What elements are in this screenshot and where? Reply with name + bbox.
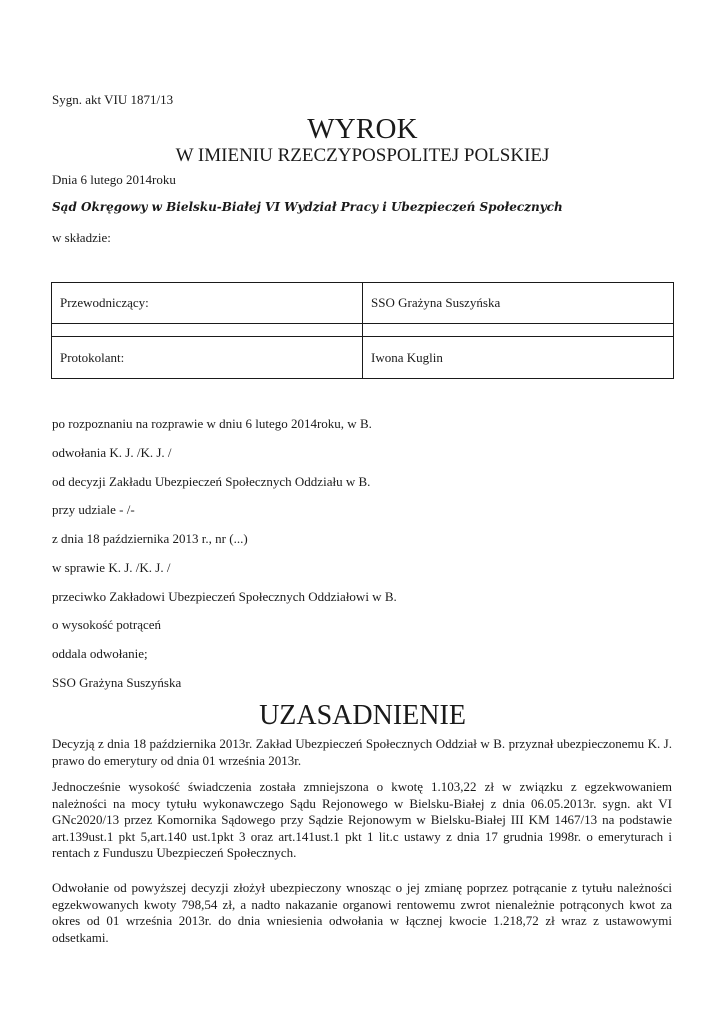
verdict-line: z dnia 18 października 2013 r., nr (...)	[52, 531, 248, 547]
justification-paragraph: Jednocześnie wysokość świadczenia został…	[52, 779, 672, 862]
name-cell: SSO Grażyna Suszyńska	[363, 283, 674, 324]
verdict-line: odwołania K. J. /K. J. /	[52, 445, 172, 461]
justification-paragraph: Decyzją z dnia 18 października 2013r. Za…	[52, 736, 672, 769]
name-cell: Iwona Kuglin	[363, 337, 674, 379]
verdict-line: przy udziale - /-	[52, 502, 135, 518]
verdict-line: przeciwko Zakładowi Ubezpieczeń Społeczn…	[52, 589, 397, 605]
case-number: Sygn. akt VIU 1871/13	[52, 92, 173, 108]
verdict-date: Dnia 6 lutego 2014roku	[52, 172, 176, 188]
table-row	[52, 324, 674, 337]
justification-heading: UZASADNIENIE	[0, 700, 725, 732]
composition-label: w składzie:	[52, 230, 111, 246]
composition-table: Przewodniczący: SSO Grażyna Suszyńska Pr…	[51, 282, 674, 379]
court-name: Sąd Okręgowy w Bielsku-Białej VI Wydział…	[52, 200, 563, 214]
role-cell: Protokolant:	[52, 337, 363, 379]
verdict-line: o wysokość potrąceń	[52, 617, 161, 633]
verdict-line: po rozpoznaniu na rozprawie w dniu 6 lut…	[52, 416, 372, 432]
judge-signature: SSO Grażyna Suszyńska	[52, 675, 181, 691]
table-row: Przewodniczący: SSO Grażyna Suszyńska	[52, 283, 674, 324]
verdict-line: w sprawie K. J. /K. J. /	[52, 560, 170, 576]
justification-paragraph: Odwołanie od powyższej decyzji złożył ub…	[52, 880, 672, 946]
document-title: WYROK	[0, 113, 725, 146]
role-cell: Przewodniczący:	[52, 283, 363, 324]
verdict-line: oddala odwołanie;	[52, 646, 148, 662]
document-subtitle: W IMIENIU RZECZYPOSPOLITEJ POLSKIEJ	[0, 145, 725, 167]
name-cell	[363, 324, 674, 337]
document-page: Sygn. akt VIU 1871/13 WYROK W IMIENIU RZ…	[0, 0, 725, 1024]
table-row: Protokolant: Iwona Kuglin	[52, 337, 674, 379]
verdict-line: od decyzji Zakładu Ubezpieczeń Społeczny…	[52, 474, 370, 490]
role-cell	[52, 324, 363, 337]
